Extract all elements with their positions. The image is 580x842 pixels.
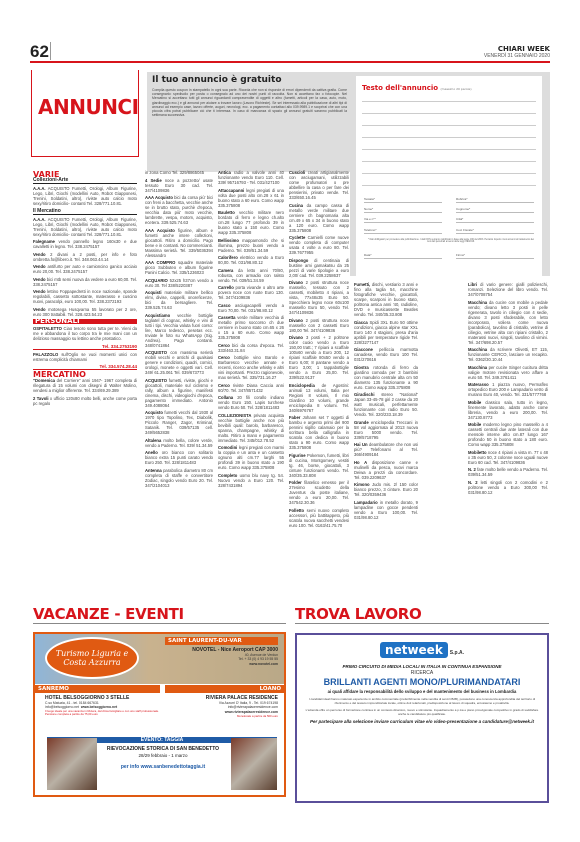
job-offer: L'azienda offre un percorso di formazion… [297, 708, 547, 716]
classified-ad: Fumetti, dischi, vestiario 3 anni e fino… [354, 282, 418, 317]
classified-ad: Macchina da cucire con mobile a pedale v… [468, 300, 548, 345]
classified-ad: Casco asciugacapelli vendo a Euro 70,00.… [218, 303, 284, 313]
classified-ad: Figurine Pokemon, fumetti, libri di cuci… [289, 453, 349, 478]
classified-ad: PALAZZOLO sull'Oglio se vuoi momenti uni… [33, 352, 137, 362]
classified-ad: OSPITALETTO Ciao tesoro sono tutta per t… [33, 326, 137, 341]
ad-text: privato acquista vecchie bottiglie anche… [218, 413, 284, 443]
classified-ad: 4 Sedie noce a pozzetto/ usate tessuto E… [145, 178, 213, 193]
ad-text: Johann set 7 oggetti di bambu e argento … [289, 415, 349, 450]
classified-ad: Kimono Judo mis. 2/ 150 color bianco pre… [354, 482, 418, 497]
ad-text: bici mtb semi nuova da vedere a euro 60,… [33, 277, 137, 287]
event-photo-left [47, 738, 97, 790]
masthead: CHIARI WEEK VENERDÌ 31 GENNAIO 2020 [484, 45, 550, 59]
classified-ad: Vendo bici mtb semi nuova da vedere a eu… [33, 277, 137, 287]
coupon-title: Il tuo annuncio è gratuito [152, 75, 282, 85]
classified-ad: Lampadario in metallo dorato, 9 lampadin… [354, 500, 418, 520]
ad-text: 3 posti + 2 poltrone color cuoio vendo a… [289, 335, 349, 380]
ad-text: motosega Husqvarna 55 lavorato per 2 ore… [33, 307, 137, 317]
classified-ad: Faber Johann set 7 oggetti di bambu e ar… [289, 415, 349, 450]
novotel-website[interactable]: www.novotel.com [175, 662, 278, 666]
classified-ad: Hai Un deambulatore che non usi più? Tel… [354, 442, 418, 457]
job-scope: ai quali affidare la responsabilità dell… [297, 689, 547, 694]
ad-text: ACQUISTO Fumetti, Orologi, Album Figurin… [33, 217, 137, 237]
ad-text: da campo cassa di metallo verde militare… [289, 203, 349, 233]
category-mercatino: MERCATINO [33, 372, 137, 377]
classified-ad: AAA Acquisto figurine, album e fumetti a… [145, 228, 213, 258]
ad-text: letti singoli con 2 comodini e 2 poltron… [468, 480, 548, 495]
classified-ad: Completo uomo blu navy tg. 54. Nuovo ven… [218, 473, 284, 488]
field-codice-fiscale[interactable]: Cod. Fiscale* [456, 228, 534, 234]
classified-ad: ACQUISTO con massima serietà mobili vecc… [145, 350, 213, 375]
event-title: RIEVOCAZIONE STORICA DI SAN BENEDETTO [100, 746, 226, 752]
text-line[interactable] [362, 185, 536, 186]
text-line[interactable] [362, 125, 536, 126]
classified-ad: "Domenica del Corriere" anni 1947- 1967 … [33, 378, 137, 393]
classified-ad: COLLEZIONISTA privato acquista vecchie b… [218, 413, 284, 443]
form-title: Testo dell'annuncio (massimo 20 parole) [362, 84, 471, 92]
hotel-promo: Il luogo ideale per una vacanza in Rivie… [45, 710, 160, 717]
classified-ad: Altalena molto bella, colore verde, vend… [145, 438, 213, 448]
classified-ad: Bellissimo mappamondo che si illumina, p… [218, 238, 284, 253]
ad-text: bici da corsa più' bici con freni a bacc… [145, 195, 213, 225]
lavoro-header: TROVA LAVORO [295, 605, 549, 624]
vacanze-ad: Turismo Liguria e Costa Azzurra SAINT LA… [33, 632, 286, 797]
classified-ad: Mobile moderno legno pino massello a 4 c… [468, 422, 548, 447]
column-3: Antica radio a valvole anni 40 funzionan… [218, 170, 284, 590]
classified-ad: Vendo lettino Foppapedretti in noce nazi… [33, 289, 137, 304]
company-suffix: S.p.A. [450, 650, 464, 656]
field-cognome[interactable]: Cognome* [456, 207, 534, 213]
text-line[interactable] [362, 149, 536, 150]
text-line[interactable] [362, 113, 536, 114]
classified-ad: Divano 3 posti + 2 poltrone color cuoio … [289, 335, 349, 380]
classified-ad: Vendo 2 divani a 2 posti, per info e fot… [33, 252, 137, 262]
ad-text: dischi, vestiario 3 anni e fino alla tag… [354, 282, 418, 317]
privacy-note: * Dati obbligatori per procedere alla pu… [366, 239, 536, 243]
form-title-text: Testo dell'annuncio [362, 84, 438, 92]
job-tagline: PRIMO CIRCUITO DI MEDIA LOCALI IN ITALIA… [297, 664, 547, 669]
loano-bar: LOANO [165, 685, 284, 693]
classified-ad: Ho A disposizione canne e mulinelli da p… [354, 460, 418, 480]
classified-ad: Dispongo di centinaia di bustine ami gam… [289, 258, 349, 278]
event-photo-right [231, 738, 277, 790]
field-firma[interactable]: Firma* [456, 253, 534, 259]
ad-text: antifurto per auto e camioncino ganico a… [33, 264, 137, 274]
field-telefono[interactable]: Telefono* [364, 228, 442, 234]
section-title: ANNUNCI [38, 95, 139, 119]
job-ad: netweekS.p.A. PRIMO CIRCUITO DI MEDIA LO… [295, 633, 549, 803]
classified-ad: 2 Tavoli x ufficio 120x80 molto belli, a… [33, 396, 137, 406]
classified-ad: Cerco bici da corsa d'epoca. Tel. 333/46… [218, 343, 284, 353]
classified-ad: N. 2 fate molto belle vendo a Paderno. T… [468, 467, 548, 477]
riviera-info: RIVIERA PALACE RESIDENCE Via Azzurri D' … [165, 695, 278, 719]
field-testata[interactable]: Testata* [364, 197, 442, 203]
classified-ad: ACQUARIO 52x25 h37cm vendo a euro 30. Te… [145, 278, 213, 288]
classified-ad: Grande enciclopedia Treccani in 58 vol a… [354, 420, 418, 440]
job-apply[interactable]: Per partecipare alla selezione inviare c… [297, 719, 547, 725]
classified-ad: Materasso 1 piazza nuovo, Permaflex orto… [468, 382, 548, 397]
column-2: in zona Como Tel. 329/8865045 4 Sedie no… [145, 170, 213, 590]
classified-ad: AAA Acquisto bici da corsa più' bici con… [145, 195, 213, 225]
classified-ad: Vendo motosega Husqvarna 55 lavorato per… [33, 307, 137, 317]
classified-ad: Falegname vendo pannello legno 160x30 e … [33, 239, 137, 249]
classified-ad: Anello oro bianco con solitario bianco e… [145, 450, 213, 465]
event-date: 28/29 febbraio - 1 marzo [100, 753, 226, 758]
classified-ad: Antenna parabolica diametro 80 cm comple… [145, 468, 213, 488]
category-personali: PERSONALI [33, 319, 137, 324]
column-4: Cuscioli creati artigianalmente con asci… [289, 170, 349, 590]
ad-text: fate molto belle vendo a Paderno. Tel. 0… [468, 467, 548, 477]
event-link[interactable]: per info www.sanbenedettotaggia.it [100, 764, 226, 770]
job-requirements: I candidati ideali hanno maturato esperi… [297, 697, 547, 705]
subcategory-collezioni: Collezioni-Arte [33, 178, 137, 184]
coupon-instructions: Compila questo coupon in stampatello in … [152, 88, 347, 117]
classified-ad: AAA COMPRO squadre materiale gioco Subbu… [145, 260, 213, 275]
ad-text: fumetti, riviste, giochi e giocattoli, m… [145, 378, 213, 408]
classified-ad: Acquisti materiale militare bellico elmi… [145, 290, 213, 310]
classified-ad: Mobiletto noce 4 ripiani a vista m. 77 x… [468, 450, 548, 465]
classified-ad: ACQUISTO fumetti, riviste, giochi e gioc… [145, 378, 213, 408]
column-6: Libri di vario genere: gialli poliziesch… [468, 282, 548, 590]
ad-phone: Tel. 334.2753190 [33, 344, 137, 350]
vacanze-title: VACANZE - EVENTI [33, 605, 286, 623]
classified-ad: Folletto semi nuovo completo accessori, … [289, 508, 349, 528]
text-line[interactable] [362, 137, 536, 138]
classified-ad: Macchina per cucire Singer cucitura drit… [468, 365, 548, 380]
coupon-form: Testo dell'annuncio (massimo 20 parole) … [356, 76, 542, 276]
column-5: Fumetti, dischi, vestiario 3 anni e fino… [354, 282, 418, 590]
classified-ad: Libri di vario genere: gialli poliziesch… [468, 282, 548, 297]
field-nome[interactable]: Nome* [364, 207, 442, 213]
vacanze-header: VACANZE - EVENTI [33, 605, 286, 624]
classified-ad: A.A.A. ACQUISTO Fumetti, Orologi, Album … [33, 217, 137, 237]
ad-text: da cucire con mobile a pedale vendo; div… [468, 300, 548, 345]
novotel-info: NOVOTEL - Nice Aeroport CAP 3000 40, Ave… [175, 647, 278, 666]
saint-laurent-bar: SAINT LAURENT-DU-VAR [165, 637, 278, 645]
field-data[interactable]: Data* [364, 253, 442, 259]
classified-ad: Cyclette Carnielli come nuove vendo comp… [289, 235, 349, 255]
ad-text: lettino Foppapedretti in noce nazionale,… [33, 289, 137, 304]
page-number: 62 [30, 42, 49, 62]
classified-ad: Cassetta verde militare vecchia di metal… [218, 315, 284, 340]
ad-text: 2 posti struttura noce massello, tessuto… [289, 280, 349, 315]
ad-text: figurine, album e fumetti anche intere c… [145, 228, 213, 258]
ad-text: creati artigianalmente con asciugamani, … [289, 170, 349, 200]
field-rubrica[interactable]: Rubrica* [456, 197, 534, 203]
subcategory-mercatino: Il Mercatino [33, 209, 137, 215]
classified-ad: Carrello porta vivande o altro arte pove… [218, 285, 284, 300]
residence-promo: Monolocale a partire da 500 euro [165, 714, 278, 718]
lavoro-title: TROVA LAVORO [295, 605, 549, 623]
classified-ad: Giaccone pelliccia marmotta canadese, ve… [354, 347, 418, 362]
field-via[interactable]: Via e n°* [364, 217, 442, 223]
classified-ad: Giacca Spidi 3XL Euro 50 ottime condizio… [354, 320, 418, 345]
classified-ad: Folder filatelico emesso per il 27esimo … [289, 480, 349, 505]
ad-text: de Agostini: animali 13 volumi, Italia p… [289, 383, 349, 413]
classified-ad: Mobile classico sala, tutto in legno, fi… [468, 400, 548, 420]
ad-text: x ufficio 120x80 molto belli, anche come… [33, 396, 137, 406]
classified-ad: Cucina da campo cassa di metallo verde m… [289, 203, 349, 233]
text-line[interactable] [362, 101, 536, 102]
classified-ad: Acquistiamo vecchie bottiglie tagliatel … [145, 313, 213, 348]
classified-ad: Macchina da scrivere Olivetti, ET 115, f… [468, 347, 548, 362]
section-rule [33, 623, 286, 624]
ad-text: 2 divani a 2 posti, per info e foto ombr… [33, 252, 137, 262]
column-1: VARIE Collezioni-Arte A.A.A. ACQUISTO Fu… [33, 170, 137, 408]
classified-ad: Bauletto vecchio militare nero bordato d… [218, 210, 284, 235]
sanremo-bar: SANREMO [35, 685, 160, 693]
netweek-logo: netweek [380, 642, 448, 658]
classified-ad: Cerco riviste Diana Caccia anni 60/70. T… [218, 383, 284, 393]
classified-ad: A.A.A. ACQUISTO Fumetti, Orologi, Album … [33, 186, 137, 206]
classified-ad: Giostra rotonda di ferro da giardino com… [354, 365, 418, 390]
belsoggiorno-info: HOTEL BELSOGGIORNO 3 STELLE C.so Matuzia… [45, 695, 160, 717]
classified-ad: Acquisto fumetti vecchi dal 1930 al 1970… [145, 410, 213, 435]
text-line[interactable] [362, 161, 536, 162]
classified-ad: Antica radio a valvole anni 40 funzionan… [218, 170, 284, 185]
classified-ad: Collana 20 fili corallo indiano vendo Eu… [218, 395, 284, 410]
ad-text: in zona Como Tel. 329/8865045 [145, 170, 204, 175]
text-line[interactable] [362, 173, 536, 174]
classified-ad: Attaccapanni legni pregiati di una volta… [218, 188, 284, 208]
ad-text: vecchie bottiglie tagliatel di cognac, w… [145, 313, 213, 348]
header-rule [30, 61, 550, 63]
field-citta[interactable]: Città* [456, 217, 534, 223]
job-position: BRILLANTI AGENTI MONO/PLURIMANDATARI [297, 677, 547, 687]
event-info: RIEVOCAZIONE STORICA DI SAN BENEDETTO 28… [100, 746, 226, 770]
form-hint: (massimo 20 parole) [441, 87, 472, 91]
publication-name: CHIARI WEEK [484, 45, 550, 53]
classified-ad: Divano 2 posti struttura noce massello, … [289, 280, 349, 315]
classified-ad: N. 2 letti singoli con 2 comodini e 2 po… [468, 480, 548, 495]
classified-ad: Divano 2 posti struttura noce massello c… [289, 318, 349, 333]
publication-date: VENERDÌ 31 GENNAIO 2020 [484, 53, 550, 59]
classified-ad: Giradischi stereo "National" Japan 33-45… [354, 392, 418, 417]
classified-ad: in zona Como Tel. 329/8865045 [145, 170, 213, 175]
classified-ad: Enciclopedia de Agostini: animali 13 vol… [289, 383, 349, 413]
section-rule [295, 623, 549, 624]
job-ricerca: RICERCA [297, 670, 547, 676]
classified-ad: Comodini legni pregiati con marmi la cop… [218, 445, 284, 470]
classified-ad: Camera da letto anni 70/80, robusta, con… [218, 268, 284, 283]
classified-ad: Calorifero elettrico vendo a Euro 80,00.… [218, 255, 284, 265]
turismo-badge: Turismo Liguria e Costa Azzurra [45, 637, 139, 679]
ad-text: di vario genere: gialli polizieschi, rom… [468, 282, 548, 297]
ad-text: ACQUISTO Fumetti, Orologi, Album Figurin… [33, 186, 137, 206]
header-divider [50, 42, 51, 60]
classified-ad: Vendo antifurto per auto e camioncino ga… [33, 264, 137, 274]
classified-ad: Cuscioli creati artigianalmente con asci… [289, 170, 349, 200]
classified-ad: Cerco bottiglie vino Barolo e Barbaresco… [218, 355, 284, 380]
